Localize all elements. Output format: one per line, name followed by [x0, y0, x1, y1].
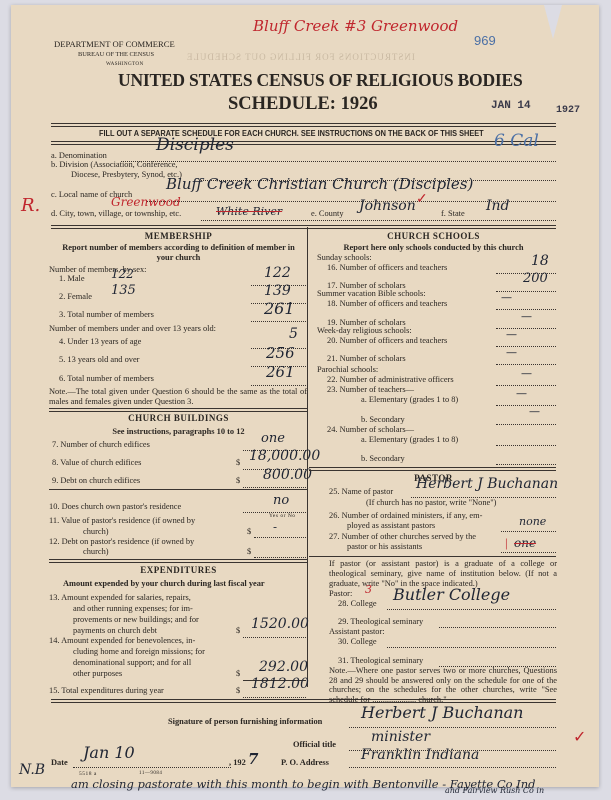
q14-value[interactable]: 292.00 — [259, 659, 308, 675]
city-value-struck[interactable]: White River — [216, 205, 282, 218]
signature-line — [349, 727, 556, 728]
q2-inline-value: 135 — [111, 283, 136, 298]
q14-line-4: other purposes — [73, 669, 122, 678]
q13-line-1: 13. Amount expended for salaries, repair… — [49, 593, 191, 602]
po-address-label: P. O. Address — [281, 758, 329, 767]
q12-label: 12. Debt on pastor's residence (if owned… — [49, 537, 194, 546]
q27-label-2: pastor or his assistants — [347, 542, 422, 551]
q10-label: 10. Does church own pastor's residence — [49, 502, 181, 511]
po-address-value[interactable]: Franklin Indiana — [361, 747, 479, 763]
q28-value[interactable]: Butler College — [393, 585, 510, 604]
q17-value[interactable]: 200 — [523, 271, 548, 286]
q15-currency: $ — [236, 686, 240, 695]
official-title-label: Official title — [293, 740, 336, 749]
date-year-suffix[interactable]: 7 — [248, 750, 258, 768]
q15-dotline — [243, 697, 306, 698]
section-rule-top — [51, 225, 556, 229]
date-label: Date — [51, 758, 68, 767]
q11-label-2: church) — [83, 527, 109, 536]
q5-label: 5. 13 years old and over — [59, 355, 139, 364]
pastor-note: Note.—Where one pastor serves two or mor… — [329, 666, 557, 704]
q3-line — [251, 321, 306, 322]
q6-line — [251, 385, 306, 386]
q4-value[interactable]: 5 — [289, 326, 298, 342]
q29-label: 29. Theological seminary — [338, 617, 423, 626]
county-label: e. County — [311, 209, 344, 218]
q27-value[interactable]: one — [514, 536, 536, 550]
stamp-number: 969 — [474, 33, 496, 48]
sunday-schools-label: Sunday schools: — [317, 253, 372, 262]
q23b-line — [496, 424, 556, 425]
q2-label: 2. Female — [59, 292, 92, 301]
banner-rule — [51, 141, 556, 145]
nb-mark: N.B — [19, 762, 45, 778]
q24b-label: b. Secondary — [361, 454, 405, 463]
q18-value[interactable]: — — [501, 291, 512, 304]
assistant-subhead: Assistant pastor: — [329, 627, 385, 636]
by-age-label: Number of members under and over 13 year… — [49, 324, 216, 333]
census-form-sheet: INSTRUCTIONS FOR FILLING OUT SCHEDULE DE… — [11, 5, 599, 787]
parochial-schools-label: Parochial schools: — [317, 365, 378, 374]
q6-label: 6. Total number of members — [59, 374, 154, 383]
q10-hint: Yes or No — [269, 513, 296, 519]
torn-notch — [544, 5, 562, 39]
q5-value[interactable]: 256 — [266, 344, 295, 362]
q26-label-2: ployed as assistant pastors — [347, 521, 435, 530]
q11-line — [254, 537, 306, 538]
membership-rule — [49, 408, 307, 412]
q14-currency: $ — [236, 669, 240, 678]
state-label: f. State — [441, 209, 465, 218]
date-value[interactable]: Jan 10 — [83, 743, 135, 762]
q9-line — [243, 487, 306, 488]
q9-label: 9. Debt on church edifices — [52, 476, 140, 485]
q3-value[interactable]: 261 — [264, 299, 295, 318]
q27-label: 27. Number of other churches served by t… — [329, 532, 476, 541]
department-label: DEPARTMENT OF COMMERCE — [54, 39, 175, 49]
official-title-value[interactable]: minister — [371, 729, 430, 745]
schedule-title: SCHEDULE: 1926 — [228, 94, 378, 115]
expenditures-subtitle: Amount expended by your church during la… — [63, 579, 265, 588]
q22-line — [496, 385, 556, 386]
margin-mark-r: R. — [21, 195, 40, 216]
received-year-stamp: 1927 — [556, 105, 580, 116]
q31-label: 31. Theological seminary — [338, 656, 423, 665]
header-rule — [51, 123, 556, 127]
q6-value[interactable]: 261 — [266, 363, 295, 381]
red-annotation-header: Bluff Creek #3 Greenwood — [253, 17, 458, 35]
line-a — [121, 161, 556, 162]
q14-line-2: cluding home and foreign missions; for — [73, 647, 205, 656]
q14-line-1: 14. Amount expended for benevolences, in… — [49, 636, 195, 645]
q15-value[interactable]: 1812.00 — [251, 676, 309, 692]
q19-value[interactable]: — — [521, 310, 532, 323]
received-date-stamp: JAN 14 — [491, 100, 531, 112]
q26-line — [501, 531, 556, 532]
q1-inline-value: 122 — [111, 267, 134, 281]
q24a-label: a. Elementary (grades 1 to 8) — [361, 435, 458, 444]
q8-value[interactable]: 18,000.00 — [249, 448, 320, 464]
q8-label: 8. Value of church edifices — [52, 458, 141, 467]
q25-value[interactable]: Herbert J Buchanan — [416, 476, 558, 492]
q11-currency: $ — [247, 527, 251, 536]
q1-label: 1. Male — [59, 274, 85, 283]
print-number: 11—9084 — [139, 771, 162, 776]
q15-label: 15. Total expenditures during year — [49, 686, 164, 695]
q9-value[interactable]: 800.00 — [263, 467, 312, 483]
q23-label: 23. Number of teachers— — [327, 385, 414, 394]
q26-value[interactable]: none — [519, 515, 546, 528]
q27-line — [501, 552, 556, 553]
q21-label: 21. Number of scholars — [327, 354, 406, 363]
signature-value[interactable]: Herbert J Buchanan — [361, 703, 523, 722]
q30-label: 30. College — [338, 637, 377, 646]
q13-line-4: payments on church debt — [73, 626, 157, 635]
schools-subtitle: Report here only schools conducted by th… — [311, 243, 556, 252]
q13-dotline — [243, 637, 306, 638]
check-mark: ✓ — [416, 191, 428, 208]
q21-value[interactable]: — — [506, 346, 517, 359]
q12-line — [254, 557, 306, 558]
q7-label: 7. Number of church edifices — [52, 440, 150, 449]
q29-line — [439, 627, 556, 628]
q25-hint: (If church has no pastor, write "None") — [366, 498, 496, 507]
schools-rule — [309, 467, 556, 471]
q11-value[interactable]: - — [273, 520, 277, 534]
q23a-label: a. Elementary (grades 1 to 8) — [361, 395, 458, 404]
summer-schools-label: Summer vacation Bible schools: — [317, 289, 426, 298]
q23b-label: b. Secondary — [361, 415, 405, 424]
q20-value[interactable]: — — [506, 328, 517, 341]
q4-label: 4. Under 13 years of age — [59, 337, 141, 346]
q25-label: 25. Name of pastor — [329, 487, 393, 496]
q16-value[interactable]: 18 — [531, 253, 549, 269]
q3-label: 3. Total number of members — [59, 310, 154, 319]
q24a-line — [496, 445, 556, 446]
weekday-schools-label: Week-day religious schools: — [317, 326, 412, 335]
q13-line-3: provements or new buildings; and for — [73, 615, 199, 624]
q23b-value[interactable]: — — [529, 405, 540, 418]
q21-line — [496, 364, 556, 365]
q16-label: 16. Number of officers and teachers — [327, 263, 447, 272]
q28-label: 28. College — [338, 599, 377, 608]
city-label: d. City, town, village, or township, etc… — [51, 209, 181, 218]
q13-value[interactable]: 1520.00 — [251, 616, 309, 632]
membership-heading: MEMBERSHIP — [51, 231, 306, 241]
graduate-note: If pastor (or assistant pastor) is a gra… — [329, 559, 557, 588]
q7-value[interactable]: one — [261, 431, 285, 446]
red-checkmark: ✓ — [573, 727, 586, 747]
q22-label: 22. Number of administrative officers — [327, 375, 454, 384]
city-correction: Greenwood — [111, 195, 181, 209]
buildings-rule — [49, 559, 307, 563]
denomination-value[interactable]: Disciples — [156, 135, 234, 155]
q13-currency: $ — [236, 626, 240, 635]
q10-value[interactable]: no — [273, 493, 289, 508]
red-tick: | — [505, 535, 508, 551]
po-address-line — [349, 767, 556, 768]
q14-line-3: denominational support; and for all — [73, 658, 191, 667]
division-label: b. Division (Association, Conference, — [51, 160, 178, 169]
q8-currency: $ — [236, 458, 240, 467]
pastor-red-mark: 3 — [365, 583, 372, 596]
buildings-mid-rule — [49, 489, 307, 490]
q13-line-2: and other running expenses; for im- — [73, 604, 193, 613]
form-title: UNITED STATES CENSUS OF RELIGIOUS BODIES — [118, 70, 523, 91]
pastor-subhead: Pastor: — [329, 589, 352, 598]
q26-label: 26. Number of ordained ministers, if any… — [329, 511, 482, 520]
membership-note: Note.—The total given under Question 6 s… — [49, 387, 307, 406]
q1-value[interactable]: 122 — [264, 265, 291, 281]
q12-currency: $ — [247, 547, 251, 556]
bureau-label: BUREAU OF THE CENSUS — [78, 51, 154, 58]
state-value[interactable]: Ind — [486, 198, 510, 214]
pastor-mid-rule — [309, 556, 556, 557]
q20-line — [496, 346, 556, 347]
date-line — [73, 767, 231, 768]
q28-line — [387, 609, 556, 610]
buildings-heading: CHURCH BUILDINGS — [51, 413, 306, 423]
nb-handwritten-note-2: and Fairview Rush Co in — [445, 786, 544, 795]
membership-subtitle: Report number of members according to de… — [56, 243, 301, 263]
city-label: WASHINGTON — [106, 61, 144, 67]
q24-label: 24. Number of scholars— — [327, 425, 414, 434]
signature-label: Signature of person furnishing informati… — [168, 717, 322, 726]
denomination-label: a. Denomination — [51, 151, 107, 160]
q23a-value[interactable]: — — [516, 387, 527, 400]
q12-label-2: church) — [83, 547, 109, 556]
bleed-through-text: INSTRUCTIONS FOR FILLING OUT SCHEDULE — [186, 52, 415, 62]
q18-label: 18. Number of officers and teachers — [327, 299, 447, 308]
q19-line — [496, 328, 556, 329]
line-d — [201, 220, 556, 221]
county-value[interactable]: Johnson — [359, 198, 416, 214]
corner-code: 6 Cal — [494, 131, 539, 151]
q23a-line — [496, 405, 556, 406]
expenditures-heading: EXPENDITURES — [51, 565, 306, 575]
q11-label: 11. Value of pastor's residence (if owne… — [49, 516, 195, 525]
q2-value[interactable]: 139 — [264, 283, 291, 299]
q9-currency: $ — [236, 476, 240, 485]
q20-label: 20. Number of officers and teachers — [327, 336, 447, 345]
date-year-prefix: , 192 — [229, 758, 246, 767]
q22-value[interactable]: — — [521, 367, 532, 380]
schools-heading: CHURCH SCHOOLS — [311, 231, 556, 241]
q24b-line — [496, 464, 556, 465]
q30-line — [387, 647, 556, 648]
